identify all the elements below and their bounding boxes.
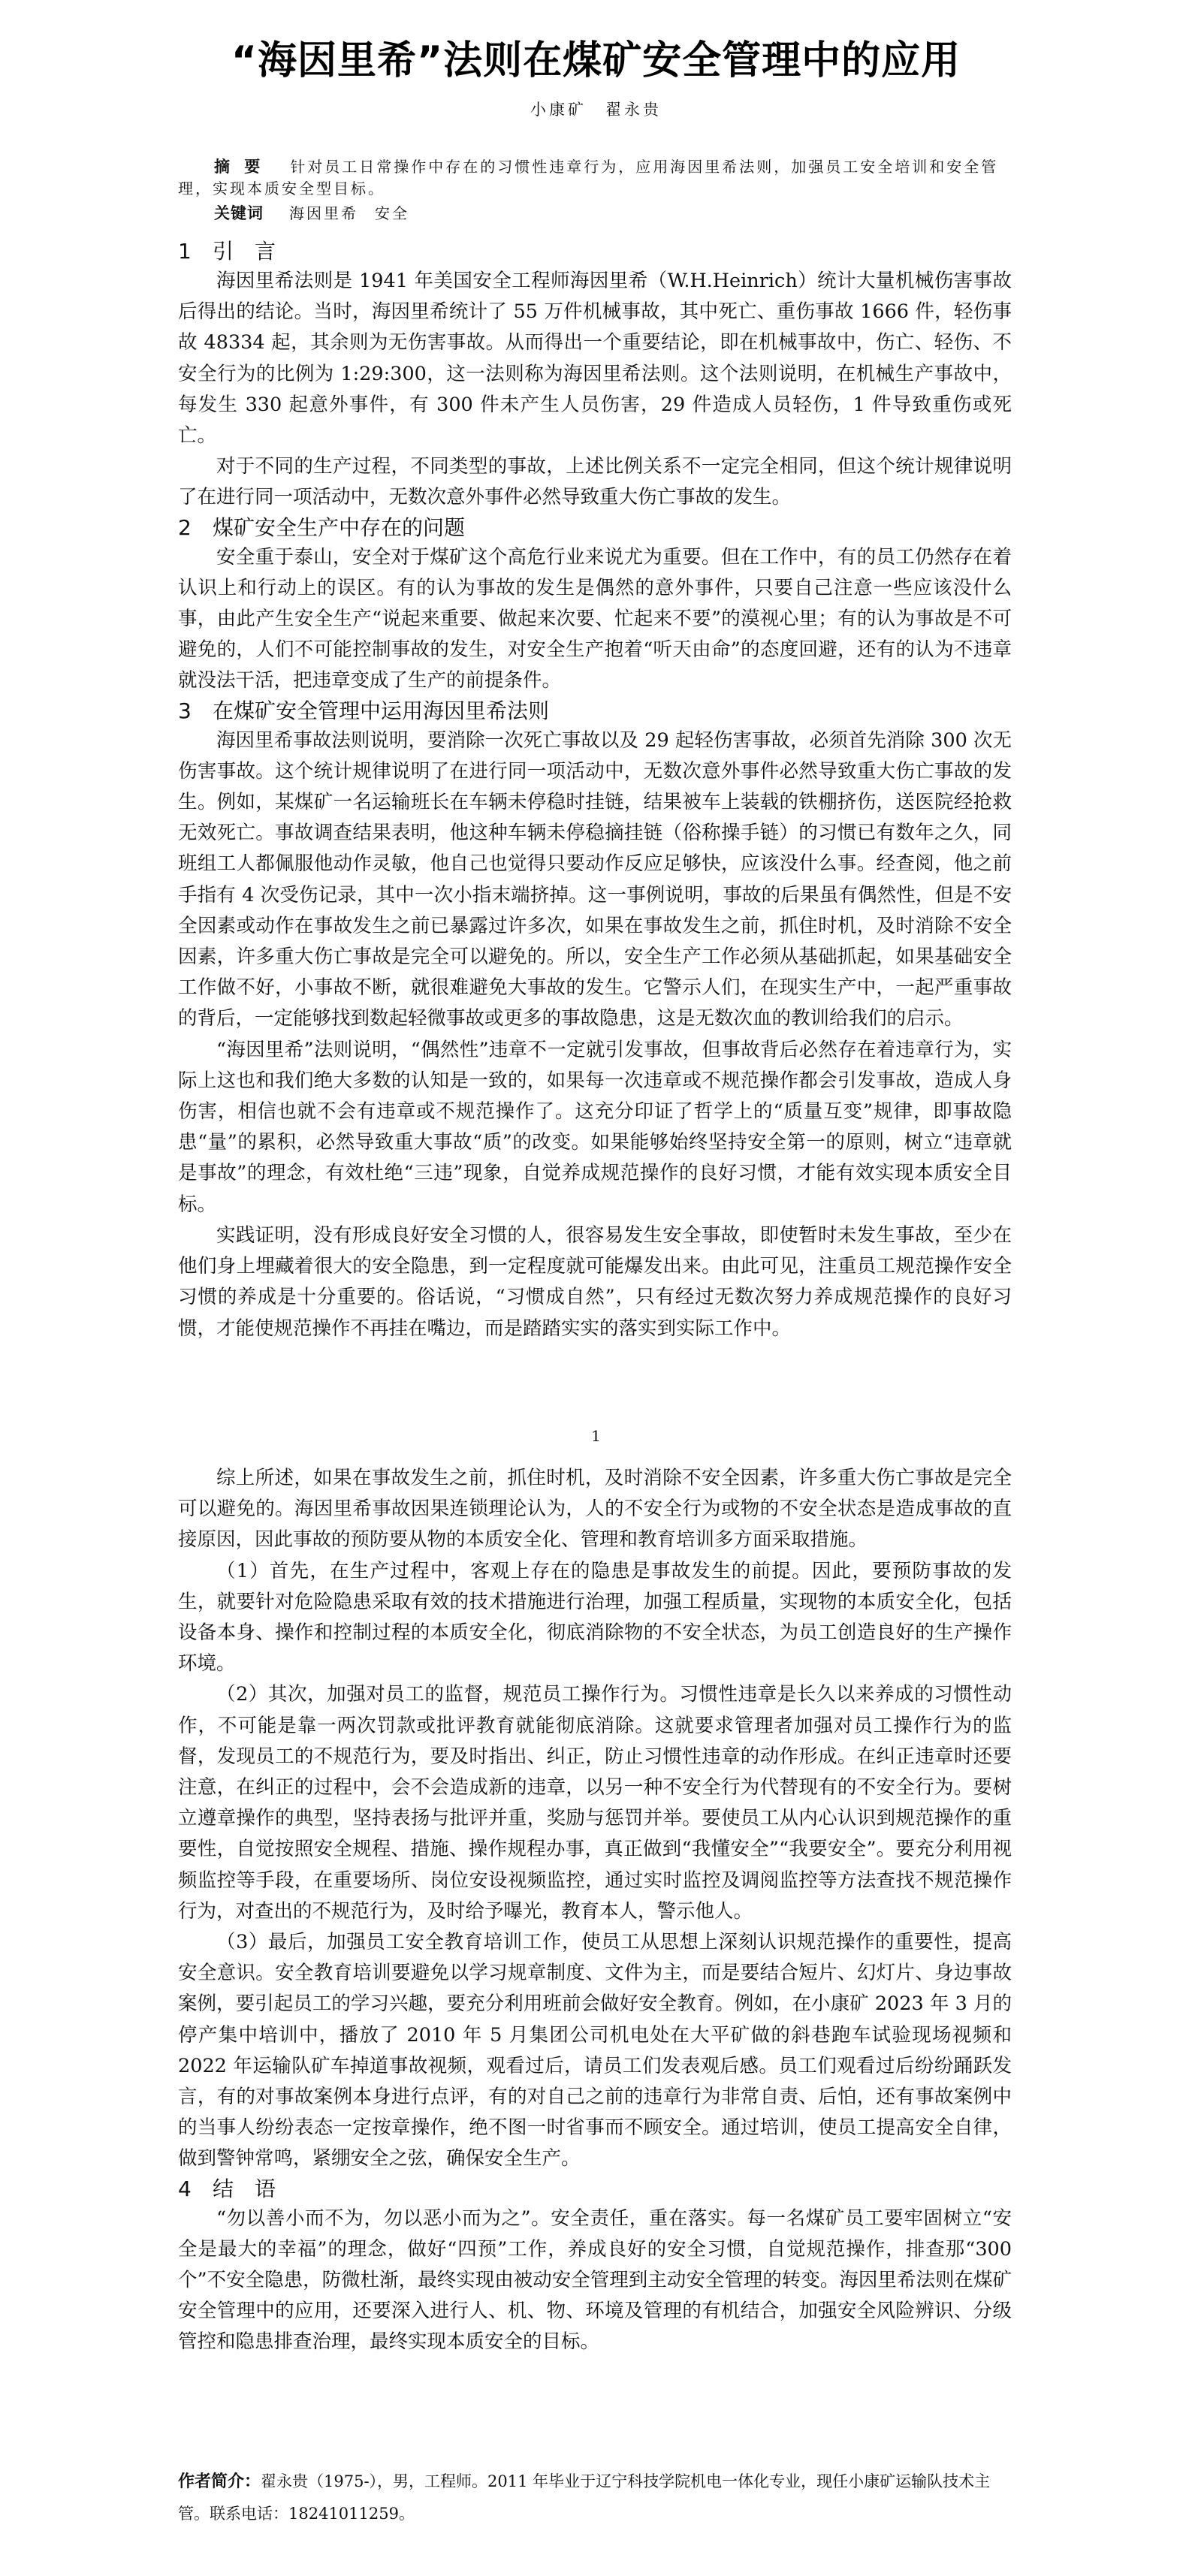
paragraph: （1）首先，在生产过程中，客观上存在的隐患是事故发生的前提。因此，要预防事故的发… [178,1556,1012,1680]
page-1-body: 1引 言 海因里希法则是 1941 年美国安全工程师海因里希（W.H.Heinr… [178,237,1012,1344]
paragraph: 实践证明，没有形成良好安全习惯的人，很容易发生安全事故，即使暂时未发生事故，至少… [178,1220,1012,1344]
section-heading-3: 3在煤矿安全管理中运用海因里希法则 [178,697,1012,725]
section-title: 煤矿安全生产中存在的问题 [213,515,465,540]
author-line: 小康矿 翟永贵 [0,98,1192,120]
section-number: 1 [178,237,213,266]
section-number: 3 [178,697,213,725]
paragraph: 综上所述，如果在事故发生之前，抓住时机，及时消除不安全因素，许多重大伤亡事故是完… [178,1463,1012,1556]
keyword: 海因里希 [289,204,358,222]
section-heading-1: 1引 言 [178,237,1012,266]
author-bio-label: 作者简介： [178,2472,261,2491]
section-title: 引 言 [213,239,276,264]
keyword: 安全 [375,204,409,222]
abstract-label: 摘 要 [214,158,264,176]
paragraph: （3）最后，加强员工安全教育培训工作，使员工从思想上深刻认识规范操作的重要性，提… [178,1927,1012,2175]
paragraph: “海因里希”法则说明，“偶然性”违章不一定就引发事故，但事故背后必然存在着违章行… [178,1035,1012,1220]
abstract-text: 针对员工日常操作中存在的习惯性违章行为，应用海因里希法则，加强员工安全培训和安全… [178,158,998,198]
paragraph: 安全重于泰山，安全对于煤矿这个高危行业来说尤为重要。但在工作中，有的员工仍然存在… [178,542,1012,697]
author-bio: 作者简介：翟永贵（1975-），男，工程师。2011 年毕业于辽宁科技学院机电一… [178,2466,1012,2530]
section-title: 结 语 [213,2176,276,2201]
section-number: 4 [178,2175,213,2203]
author-bio-text: 翟永贵（1975-），男，工程师。2011 年毕业于辽宁科技学院机电一体化专业，… [178,2472,990,2523]
document-title: “海因里希”法则在煤矿安全管理中的应用 [0,37,1192,85]
paragraph: 海因里希法则是 1941 年美国安全工程师海因里希（W.H.Heinrich）统… [178,266,1012,451]
paragraph: 对于不同的生产过程，不同类型的事故，上述比例关系不一定完全相同，但这个统计规律说… [178,451,1012,513]
section-title: 在煤矿安全管理中运用海因里希法则 [213,698,549,723]
abstract: 摘 要针对员工日常操作中存在的习惯性违章行为，应用海因里希法则，加强员工安全培训… [178,156,1012,200]
page-2-body: 综上所述，如果在事故发生之前，抓住时机，及时消除不安全因素，许多重大伤亡事故是完… [178,1463,1012,2358]
paragraph: （2）其次，加强对员工的监督，规范员工操作行为。习惯性违章是长久以来养成的习惯性… [178,1679,1012,1927]
paragraph: 海因里希事故法则说明，要消除一次死亡事故以及 29 起轻伤害事故，必须首先消除 … [178,725,1012,1035]
section-heading-4: 4结 语 [178,2175,1012,2203]
section-number: 2 [178,514,213,542]
page-number: 1 [0,1427,1192,1445]
section-heading-2: 2煤矿安全生产中存在的问题 [178,514,1012,542]
keywords-label: 关键词 [214,204,264,222]
keywords: 关键词海因里希安全 [178,203,1012,225]
paragraph: “勿以善小而不为，勿以恶小而为之”。安全责任，重在落实。每一名煤矿员工要牢固树立… [178,2203,1012,2358]
